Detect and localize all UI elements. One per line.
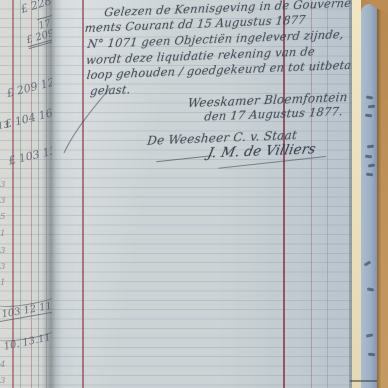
ink-mark <box>368 163 375 167</box>
cut-off-digit: 3 <box>0 246 5 256</box>
blue-page-edge <box>361 4 378 388</box>
ink-mark <box>368 105 375 109</box>
scanned-ledger-photo: £ 228 5 . 17.17.9 £ 209.12.3 £ 209 12.3 … <box>0 0 388 388</box>
cut-off-digit: 3 <box>0 262 5 272</box>
cut-off-digit: 3 <box>0 196 5 206</box>
ink-mark <box>365 155 372 159</box>
binding-gutter-shadow <box>42 0 62 388</box>
signature-dash <box>156 155 212 162</box>
bottom-edge-line <box>350 380 377 382</box>
ink-mark <box>368 353 375 357</box>
cut-off-digit: 1 <box>0 229 5 239</box>
cut-off-digit: 3 <box>0 376 5 386</box>
ledger-amount: 13 <box>0 120 10 132</box>
handwritten-resolution: Gelezen de Kennisgeving in de Gouverne- … <box>84 0 377 194</box>
pen-flourish <box>60 85 120 160</box>
cut-off-digit: 3 <box>0 180 5 190</box>
ink-mark <box>366 333 373 337</box>
cut-off-digit: 4 <box>0 360 5 370</box>
ink-mark <box>364 260 372 266</box>
cream-page-edge <box>352 0 361 388</box>
ink-mark <box>367 287 374 291</box>
ink-mark <box>367 145 374 149</box>
cut-off-digit: 1 <box>0 278 5 288</box>
ink-mark <box>366 173 373 177</box>
margin-red-rule <box>82 0 84 388</box>
desk-background <box>377 0 388 388</box>
ink-mark <box>366 95 373 99</box>
ink-mark <box>365 114 372 118</box>
cut-off-digit: 5 <box>0 212 5 222</box>
